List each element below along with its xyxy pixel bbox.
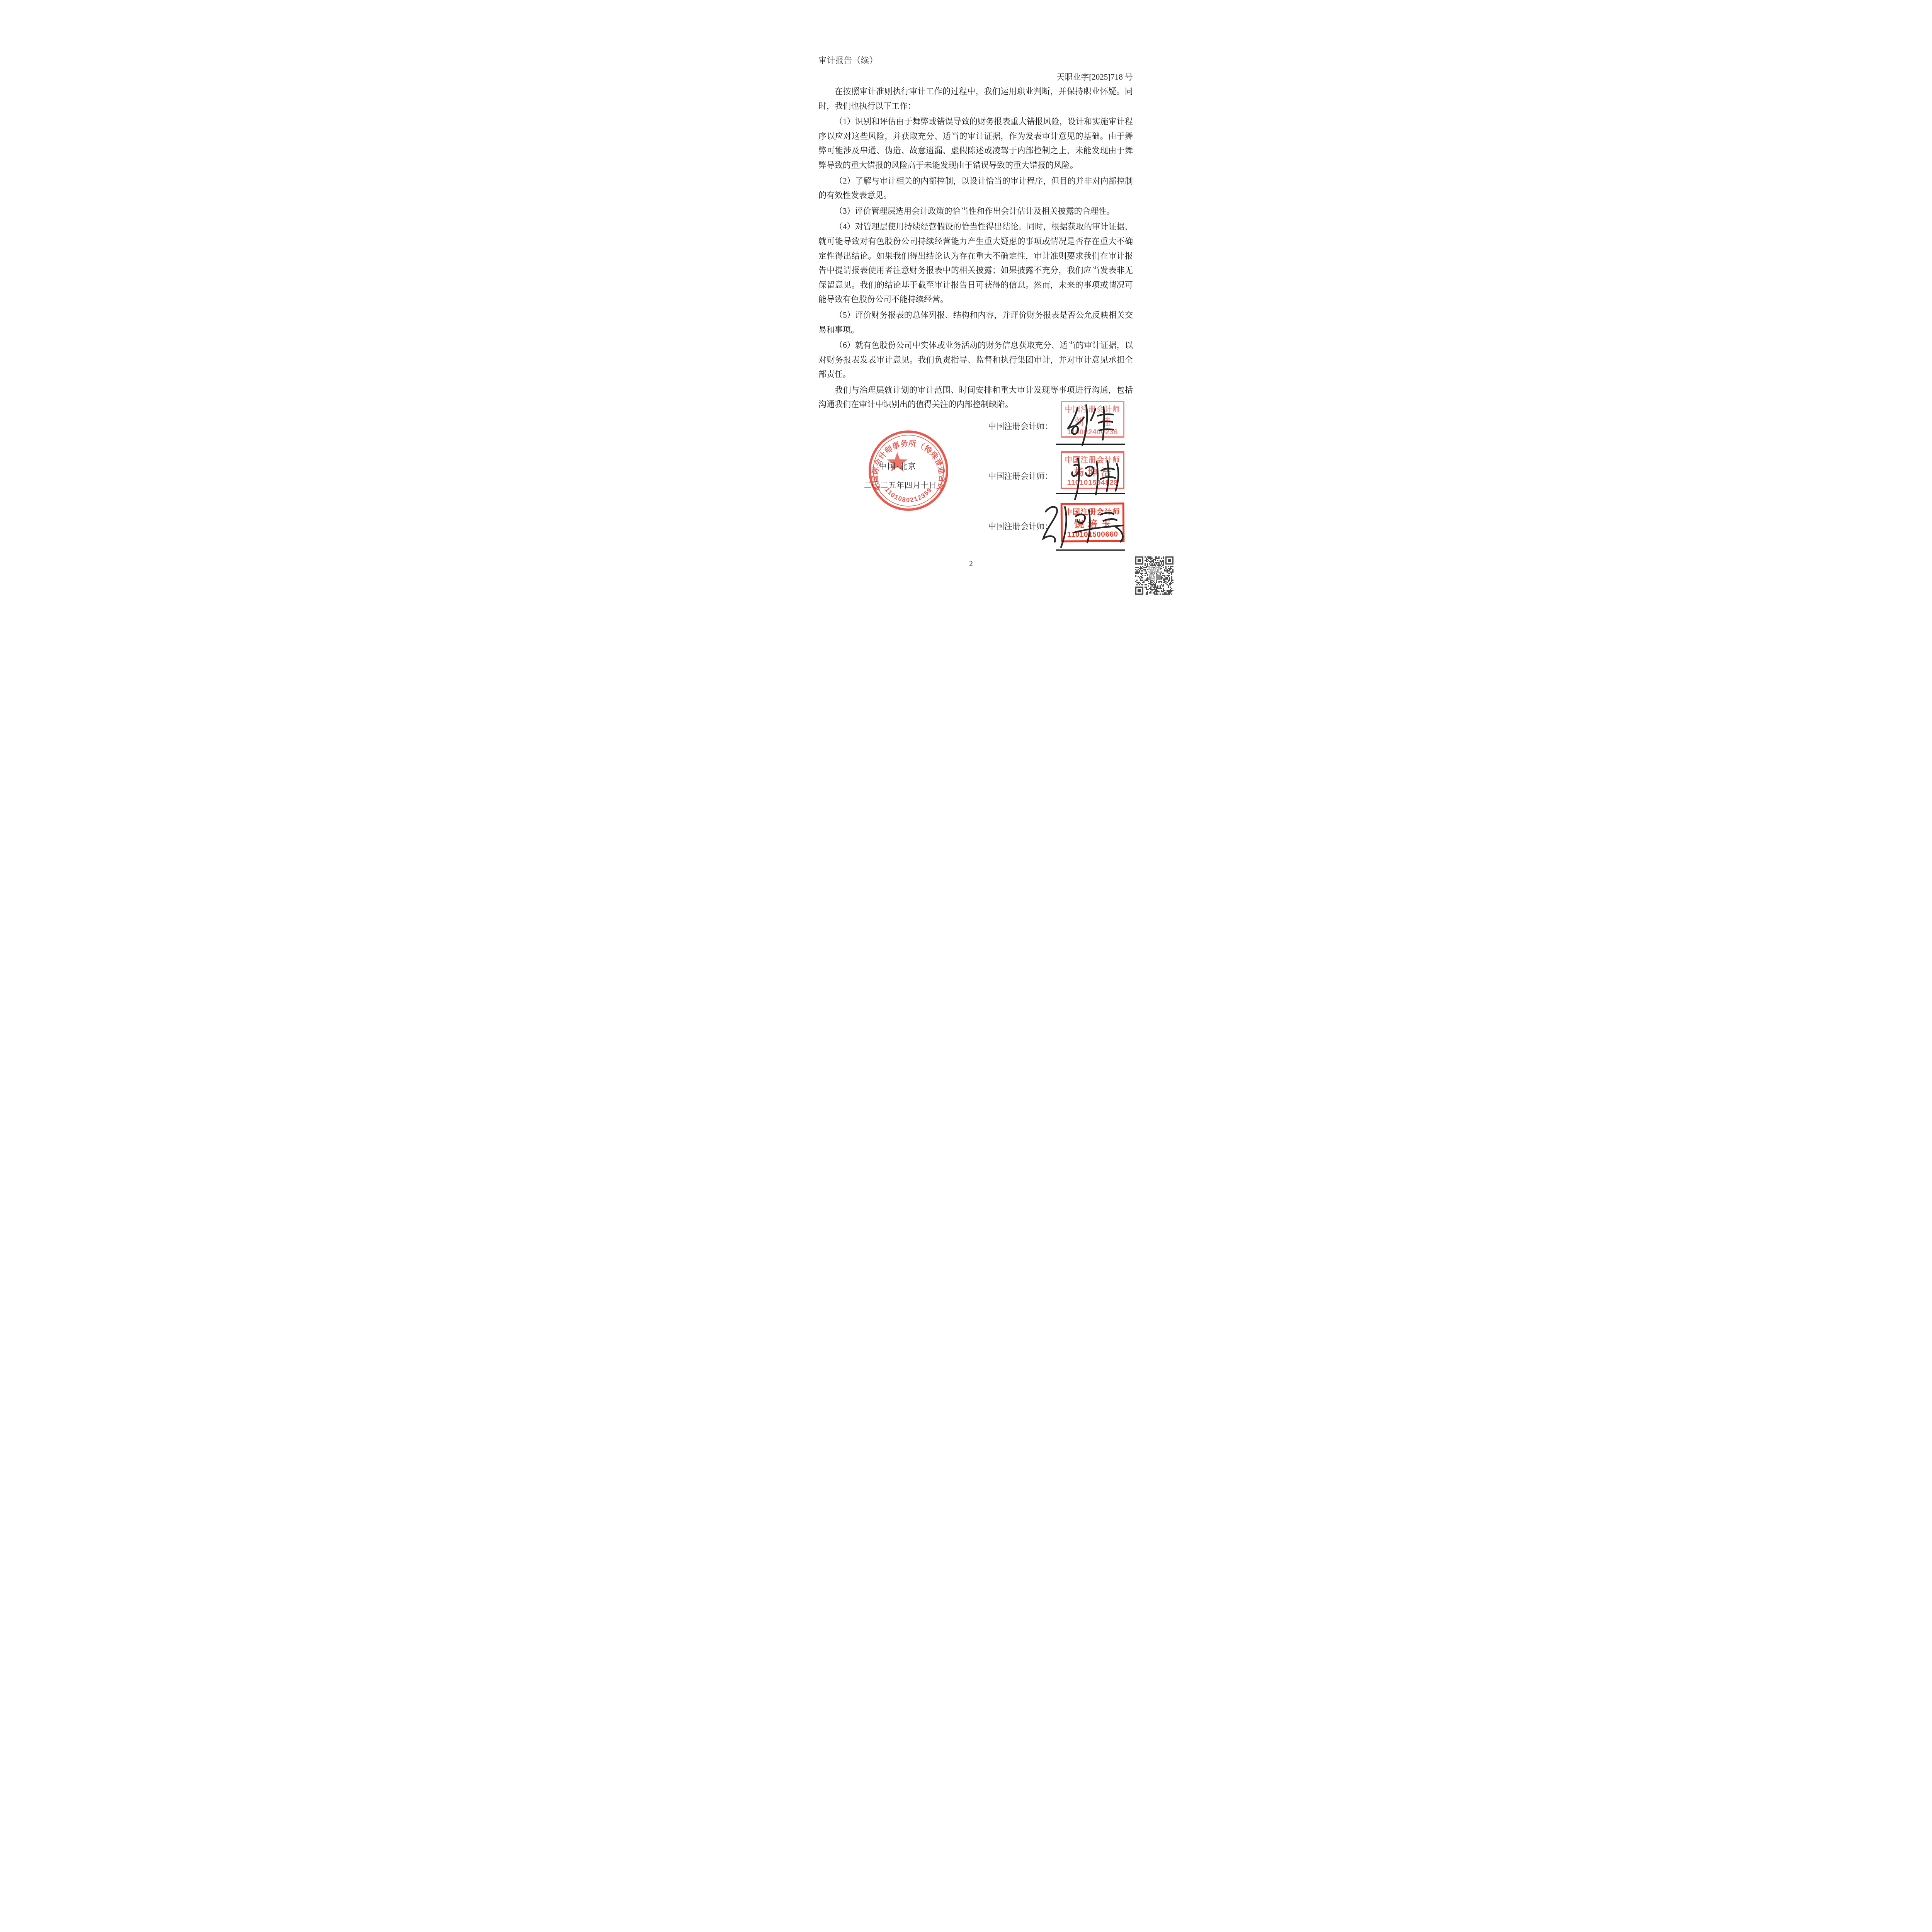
paragraph-1: （1）识别和评估由于舞弊或错误导致的财务报表重大错报风险，设计和实施审计程序以应…: [818, 114, 1133, 172]
seal-location-text: 中国·北京: [879, 460, 917, 471]
paragraph-5: （5）评价财务报表的总体列报、结构和内容，并评价财务报表是否公允反映相关交易和事…: [818, 308, 1133, 337]
stamp-title: 中国注册会计师: [1064, 404, 1121, 414]
stamp-title: 中国注册会计师: [1064, 454, 1121, 465]
cpa-stamp-raopeiyu: 中国注册会计师 饶培玉 110101500660: [1061, 502, 1125, 542]
paragraph-4: （4）对管理层使用持续经营假设的恰当性得出结论。同时，根据获取的审计证据，就可能…: [818, 219, 1133, 307]
stamp-name: 杨坤浩: [1064, 465, 1121, 479]
cpa-label-1: 中国注册会计师：: [988, 420, 1053, 432]
paragraph-3: （3）评价管理层选用会计政策的恰当性和作出会计估计及相关披露的合理性。: [818, 204, 1133, 219]
stamp-name: 刘 佳: [1064, 414, 1121, 428]
cpa-label-3: 中国注册会计师：: [988, 520, 1053, 532]
stamp-title: 中国注册会计师: [1065, 506, 1121, 517]
cpa-label-2: 中国注册会计师：: [988, 470, 1053, 481]
reference-number: 天职业字[2025]718 号: [818, 71, 1133, 82]
stamp-number: 110101500660: [1065, 530, 1121, 539]
report-body: 在按照审计准则执行审计工作的过程中，我们运用职业判断，并保持职业怀疑。同时，我们…: [818, 84, 1133, 413]
verification-logo-icon: [1156, 575, 1161, 580]
cpa-stamp-liujia: 中国注册会计师 刘 佳 110002400236: [1061, 401, 1124, 438]
qr-center-label: 验证 码: [1134, 566, 1175, 581]
seal-date-text: 二〇二五年四月十日: [864, 479, 937, 490]
paragraph-6: （6）就有色股份公司中实体或业务活动的财务信息获取充分、适当的审计证据，以对财务…: [818, 338, 1133, 382]
paragraph-2: （2）了解与审计相关的内部控制，以设计恰当的审计程序，但目的并非对内部控制的有效…: [818, 174, 1133, 203]
audit-report-page: 审计报告（续） 天职业字[2025]718 号 在按照审计准则执行审计工作的过程…: [753, 0, 1179, 602]
verification-qr-code: 验证 码: [1134, 556, 1175, 596]
signature-line-1: [1056, 444, 1125, 445]
cpa-stamp-yangkunhao: 中国注册会计师 杨坤浩 110101504828: [1061, 451, 1124, 489]
signature-line-2: [1056, 493, 1125, 494]
stamp-number: 110002400236: [1064, 428, 1121, 437]
stamp-number: 110101504828: [1064, 479, 1121, 487]
paragraph-intro: 在按照审计准则执行审计工作的过程中，我们运用职业判断，并保持职业怀疑。同时，我们…: [818, 84, 1133, 113]
page-number: 2: [962, 560, 980, 568]
page-title: 审计报告（续）: [818, 54, 878, 66]
signature-line-3: [1056, 549, 1125, 551]
stamp-name: 饶培玉: [1065, 516, 1121, 531]
